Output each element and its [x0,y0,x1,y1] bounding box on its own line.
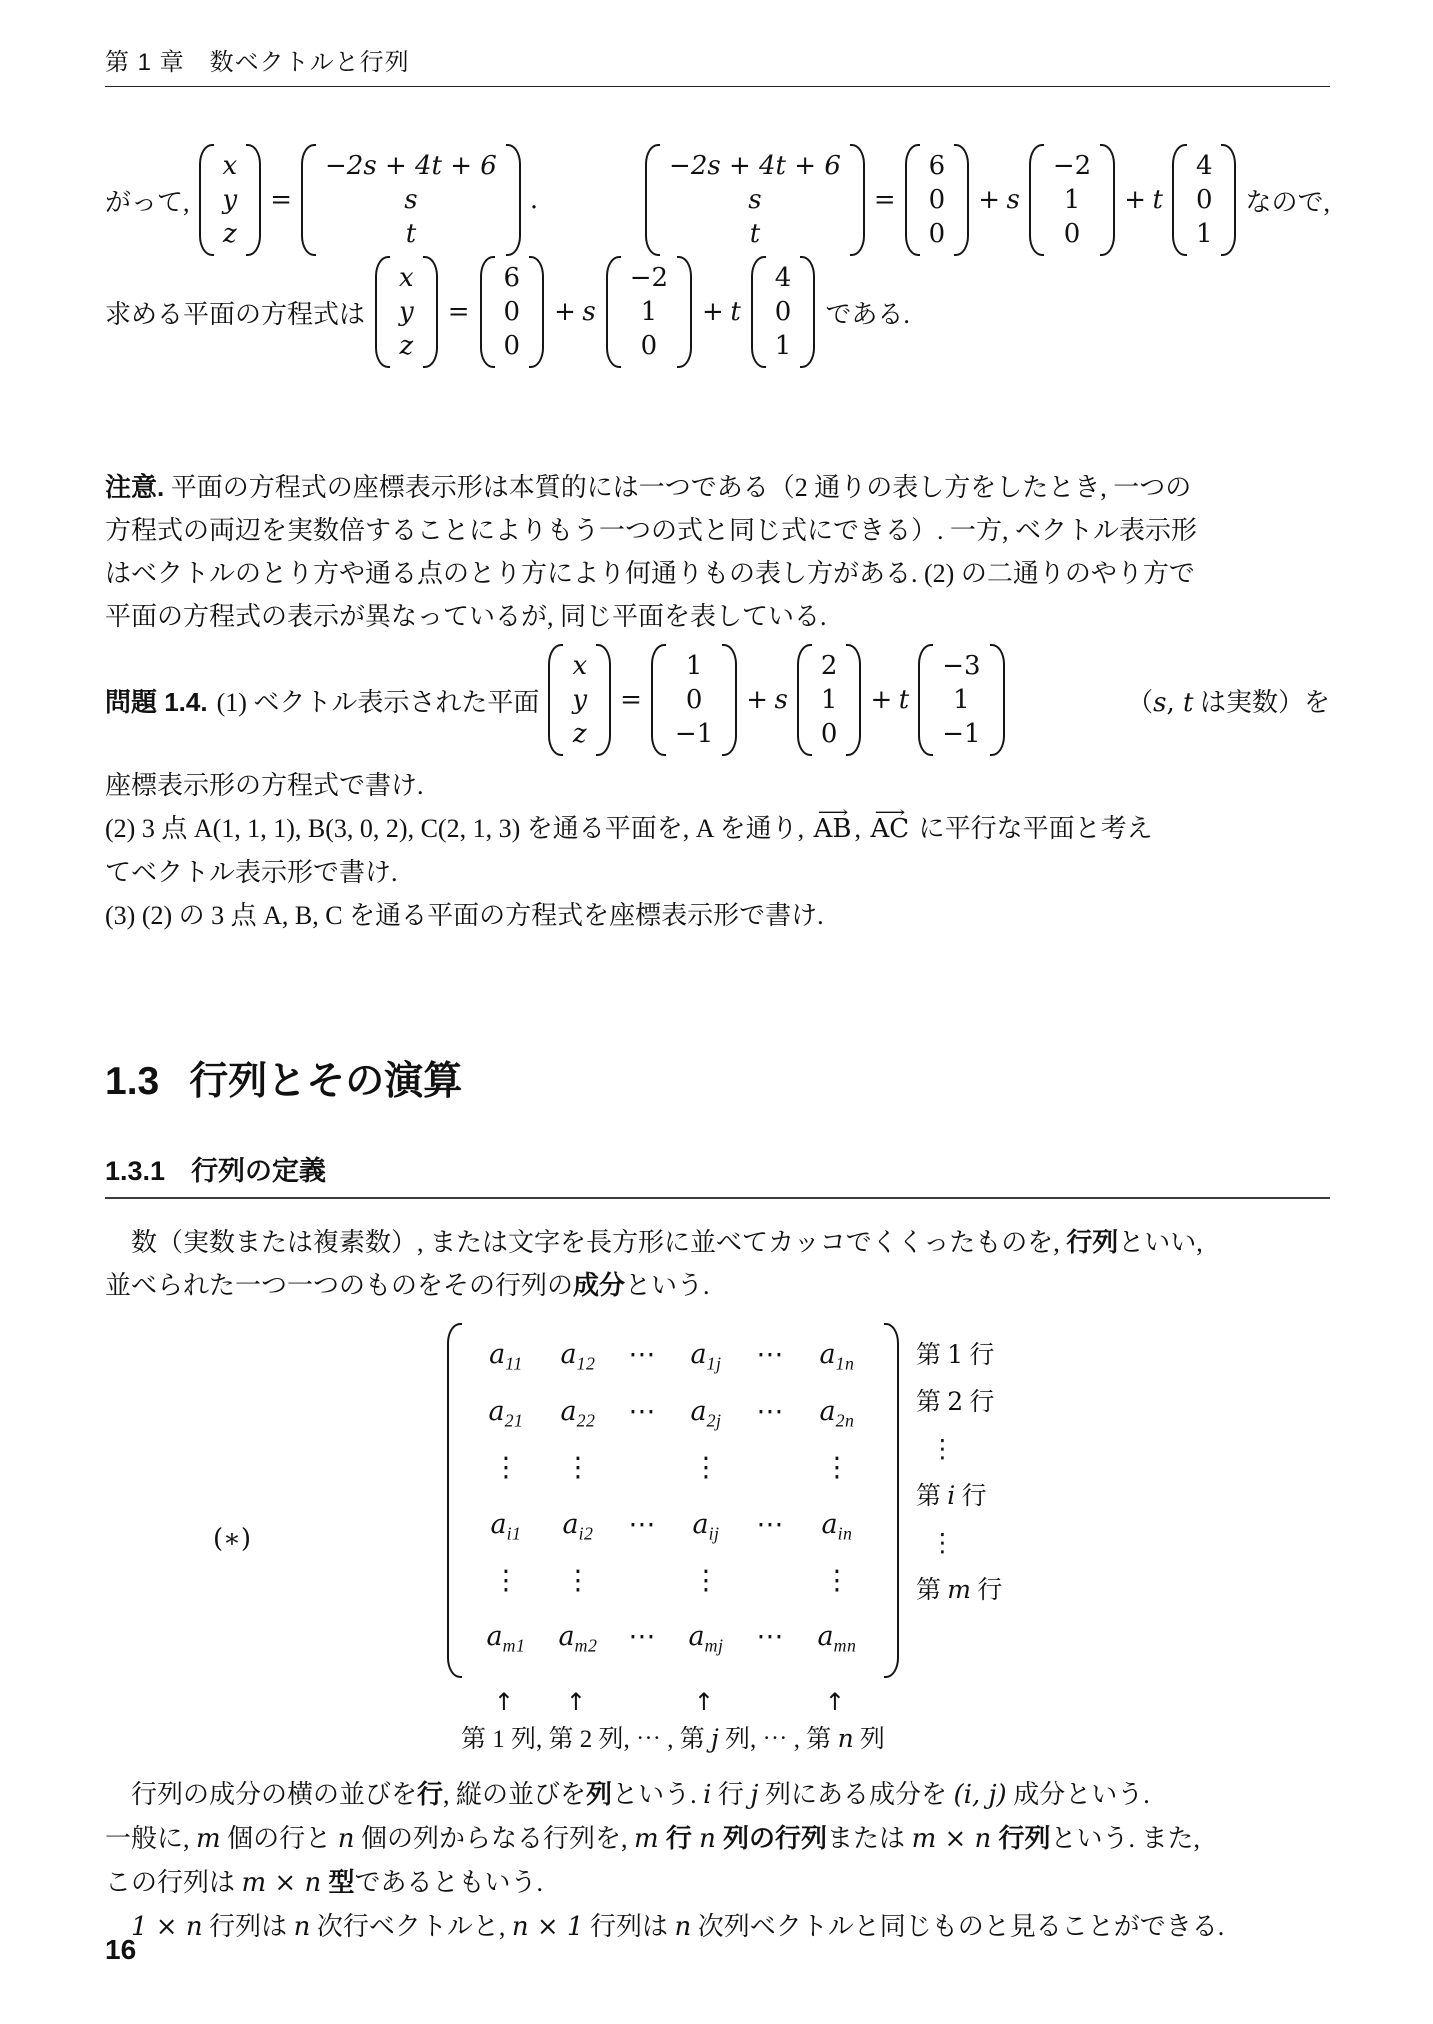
definition-paragraph: 数（実数または複素数）, または文字を長方形に並べてカッコでくくったものを, 行… [105,1221,1330,1307]
problem-line-4: (3) (2) の 3 点 A, B, C を通る平面の方程式を座標表示形で書け… [105,894,1330,937]
term-mxn-matrix: 行列 [991,1823,1050,1853]
right-paren [529,256,544,368]
matrix-grid: a11 a12 ⋯ a1j ⋯ a1n a21 a22 ⋯ a2j ⋯ a2n … [462,1323,884,1677]
right-paren [990,644,1005,756]
plus-s: + s [978,185,1020,215]
note-paragraph: 注意. 平面の方程式の座標表示形は本質的には一つである（2 通りの表し方をしたと… [105,466,1330,638]
term-matrix: 行列 [1066,1227,1118,1257]
equation-1-right-group: −2s + 4t + 6st = 600 + s −210 + t 401 なの… [645,144,1330,256]
vector-210: 210 [797,644,862,756]
vector-m210: −210 [1029,144,1115,256]
body-line-3: この行列は m × n 型であるともいう. [105,1861,1330,1905]
lead-text: がって, [105,182,190,219]
matrix-row-labels: 第 1 行 第 2 行 ⋮ 第 i 行 ⋮ 第 m 行 [916,1331,1002,1613]
plus-t: + t [702,297,741,327]
right-paren [1100,144,1115,256]
vector-ac-overarrow: AC [870,808,909,851]
left-paren [447,1323,462,1677]
general-matrix-display: (∗) a11 a12 ⋯ a1j ⋯ a1n a21 a22 ⋯ a2j ⋯ … [105,1323,1330,1754]
vector-10m1: 10−1 [651,644,737,756]
page-number: 16 [105,1934,136,1966]
right-paren [722,644,737,756]
term-type: 型 [321,1867,354,1897]
term-row: 行 [417,1779,443,1809]
vector-ab-overarrow: AB [814,808,852,851]
left-paren [918,644,933,756]
equals-sign: = [270,185,292,215]
term-m-row: 行 [659,1823,699,1853]
equals-sign: = [874,185,896,215]
left-paren [751,256,766,368]
plus-s: + s [554,297,596,327]
up-arrow-icon: ↑ [796,1687,874,1717]
column-caption: 第 1 列, 第 2 列, ⋯ , 第 j 列, ⋯ , 第 n 列 [447,1719,899,1755]
left-paren [375,256,390,368]
right-paren [506,144,521,256]
row-label-2: 第 2 行 [916,1378,1002,1425]
problem-intro: (1) ベクトル表示された平面 [217,682,540,719]
left-paren [905,144,920,256]
problem-statement-group: 問題 1.4. (1) ベクトル表示された平面 xyz = 10−1 + s 2… [105,644,1005,756]
vector-xyz: xyz [199,144,262,256]
vector-401: 401 [1172,144,1237,256]
section-heading: 1.3 行列とその演算 [105,1059,1330,1105]
problem-label: 問題 1.4. [105,682,208,719]
vector-401: 401 [751,256,816,368]
up-arrow-icon: ↑ [668,1687,740,1717]
note-line: 注意. 平面の方程式の座標表示形は本質的には一つである（2 通りの表し方をしたと… [105,466,1330,509]
row-label-1: 第 1 行 [916,1331,1002,1378]
tail-text: なので, [1245,182,1330,219]
section-number: 1.3 [105,1059,159,1105]
rows-columns-paragraph: 行列の成分の横の並びを行, 縦の並びを列という. i 行 j 列にある成分を (… [105,1773,1330,1949]
note-line: はベクトルのとり方や通る点のとり方により何通りもの表し方がある. (2) の二通… [105,552,1330,595]
equals-sign: = [620,685,642,715]
tail-text: である. [825,294,910,331]
left-paren [797,644,812,756]
left-paren [548,644,563,756]
problem-equation-row: 問題 1.4. (1) ベクトル表示された平面 xyz = 10−1 + s 2… [105,644,1330,756]
right-paren [954,144,969,256]
subsection-title: 行列の定義 [191,1155,326,1187]
problem-line-2: (2) 3 点 A(1, 1, 1), B(3, 0, 2), C(2, 1, … [105,807,1330,851]
left-paren [606,256,621,368]
body-line-2: 一般に, m 個の行と n 個の列からなる行列を, m 行 n 列の行列または … [105,1817,1330,1861]
definition-line-2: 並べられた一つ一つのものをその行列の成分という. [105,1264,1330,1307]
subsection-number: 1.3.1 [105,1155,165,1187]
right-paren [246,144,261,256]
column-arrows: ↑ ↑ ↑ ↑ [468,1687,899,1717]
vector-xyz: xyz [375,256,438,368]
row-label-vdots: ⋮ [916,1425,1002,1472]
problem-line-1: 座標表示形の方程式で書け. [105,764,1330,807]
right-paren [1221,144,1236,256]
up-arrow-icon: ↑ [468,1687,540,1717]
right-paren [596,644,611,756]
lead-text: 求める平面の方程式は [105,294,365,331]
subsection-heading: 1.3.1 行列の定義 [105,1155,1330,1199]
right-paren [800,256,815,368]
row-label-m: 第 m 行 [916,1566,1002,1613]
definition-line-1: 数（実数または複素数）, または文字を長方形に並べてカッコでくくったものを, 行… [105,1221,1330,1264]
matrix: a11 a12 ⋯ a1j ⋯ a1n a21 a22 ⋯ a2j ⋯ a2n … [447,1323,899,1677]
problem-1-4: 問題 1.4. (1) ベクトル表示された平面 xyz = 10−1 + s 2… [105,644,1330,937]
left-paren [199,144,214,256]
plus-t: + t [1124,185,1163,215]
equals-sign: = [448,297,470,327]
body-line-1: 行列の成分の横の並びを行, 縦の並びを列という. i 行 j 列にある成分を (… [105,1773,1330,1817]
up-arrow-icon: ↑ [540,1687,612,1717]
left-paren [651,644,666,756]
right-paren [850,144,865,256]
right-paren [423,256,438,368]
plus-s: + s [746,685,788,715]
right-paren [846,644,861,756]
term-column: 列 [586,1779,612,1809]
equation-1-left-group: がって, xyz = −2s + 4t + 6st . [105,144,538,256]
vector-600: 600 [905,144,970,256]
vector-xyz: xyz [548,644,611,756]
section-title: 行列とその演算 [189,1059,462,1105]
row-label-i: 第 i 行 [916,1472,1002,1519]
right-paren [884,1323,899,1677]
plus-t: + t [870,685,909,715]
star-tag: (∗) [213,1524,251,1554]
left-paren [301,144,316,256]
vector-param: −2s + 4t + 6st [645,144,865,256]
left-paren [480,256,495,368]
left-paren [1029,144,1044,256]
vector-m31m1: −31−1 [918,644,1004,756]
chapter-running-title: 第 1 章 数ベクトルと行列 [105,49,410,76]
period: . [530,185,538,215]
problem-line-3: てベクトル表示形で書け. [105,851,1330,894]
body-line-4: 1 × n 行列は n 次行ベクトルと, n × 1 行列は n 次列ベクトルと… [105,1905,1330,1949]
page-header: 第 1 章 数ベクトルと行列 [105,42,1330,87]
vector-600: 600 [480,256,545,368]
matrix-block: a11 a12 ⋯ a1j ⋯ a1n a21 a22 ⋯ a2j ⋯ a2n … [447,1323,899,1754]
equation-2: 求める平面の方程式は xyz = 600 + s −210 + t 401 であ… [105,256,1330,368]
note-line: 方程式の両辺を実数倍することによりもう一つの式と同じ式にできる）. 一方, ベク… [105,509,1330,552]
vector-m210: −210 [606,256,692,368]
note-line: 平面の方程式の表示が異なっているが, 同じ平面を表している. [105,595,1330,638]
equation-1: がって, xyz = −2s + 4t + 6st . −2s + 4t + 6… [105,144,1330,256]
textbook-page: 第 1 章 数ベクトルと行列 がって, xyz = −2s + 4t + 6st… [0,0,1433,2024]
row-label-vdots: ⋮ [916,1519,1002,1566]
right-paren [677,256,692,368]
term-component: 成分 [573,1270,625,1300]
vector-param: −2s + 4t + 6st [301,144,521,256]
left-paren [1172,144,1187,256]
term-n-col-matrix: 列の行列 [716,1823,827,1853]
note-label: 注意. [105,472,164,502]
st-real-note: （s, t は実数）を [1127,682,1330,719]
left-paren [645,144,660,256]
